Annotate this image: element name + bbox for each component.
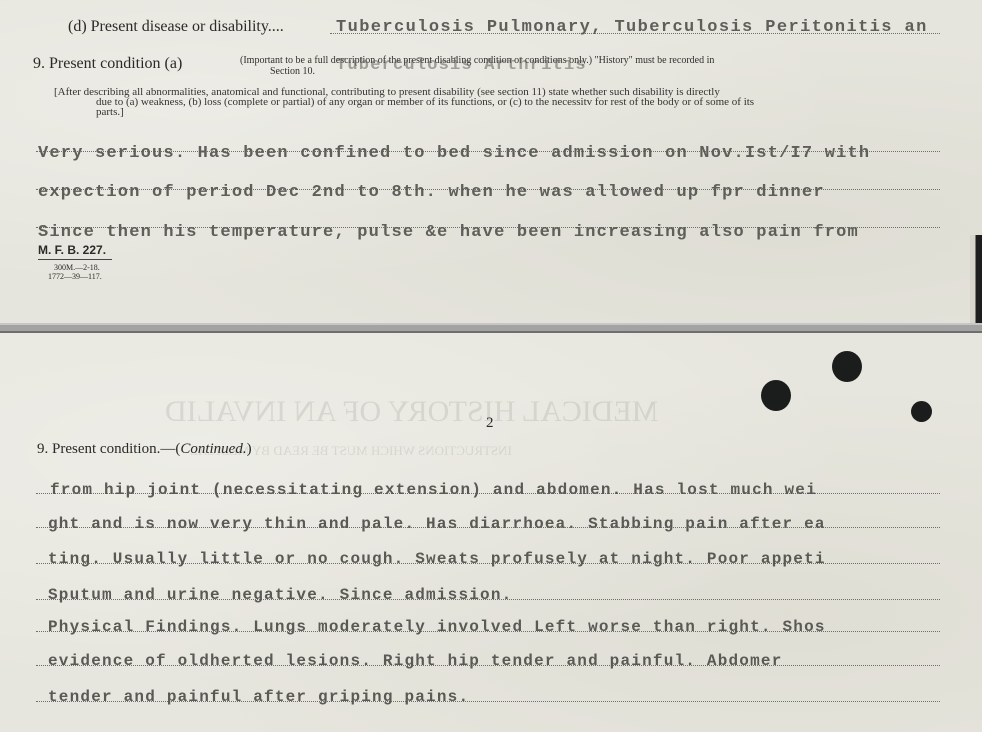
page-number: 2 bbox=[486, 415, 494, 432]
section-heading-end: ) bbox=[247, 441, 252, 457]
instructions-line-2: due to (a) weakness, (b) loss (complete … bbox=[96, 97, 754, 108]
disease-label: (d) Present disease or disability.... bbox=[68, 18, 284, 36]
disease-value-overprint: Tuberculosis Arthritis bbox=[336, 56, 587, 75]
instructions-line-3: parts.] bbox=[96, 107, 124, 118]
section-heading: 9. Present condition.—(Continued.) bbox=[37, 441, 252, 458]
typed-line-7: Sputum and urine negative. Since admissi… bbox=[48, 586, 512, 604]
section-heading-text: 9. Present condition.—( bbox=[37, 441, 180, 457]
typed-line-4: from hip joint (necessitating extension)… bbox=[50, 481, 817, 499]
typed-line-5: ght and is now very thin and pale. Has d… bbox=[48, 515, 826, 533]
typed-line-1: Very serious. Has been confined to bed s… bbox=[38, 144, 870, 163]
form-code: M. F. B. 227. bbox=[38, 243, 112, 260]
document-page-bottom: MEDICAL HISTORY OF AN INVALID INSTRUCTIO… bbox=[0, 333, 982, 732]
section-heading-continued: Continued. bbox=[180, 441, 246, 457]
print-run-line-2: 1772—39—117. bbox=[48, 272, 102, 281]
disease-value: Tuberculosis Pulmonary, Tuberculosis Per… bbox=[336, 18, 928, 37]
typed-line-3: Since then his temperature, pulse &e hav… bbox=[38, 223, 859, 242]
typed-line-6: ting. Usually little or no cough. Sweats… bbox=[48, 550, 826, 568]
condition-label: 9. Present condition (a) bbox=[33, 55, 182, 73]
punch-hole bbox=[911, 401, 932, 422]
typed-line-9: evidence of oldherted lesions. Right hip… bbox=[48, 652, 783, 670]
punch-hole bbox=[832, 351, 862, 382]
punch-hole bbox=[761, 380, 791, 411]
typed-line-8: Physical Findings. Lungs moderately invo… bbox=[48, 618, 826, 636]
scan-page-divider bbox=[0, 323, 982, 333]
condition-note-section: Section 10. bbox=[270, 66, 315, 77]
document-page-top: (d) Present disease or disability.... Tu… bbox=[0, 0, 982, 323]
typed-line-2: expection of period Dec 2nd to 8th. when… bbox=[38, 183, 825, 202]
typed-line-10: tender and painful after griping pains. bbox=[48, 688, 469, 706]
bleed-through-title: MEDICAL HISTORY OF AN INVALID bbox=[165, 395, 658, 429]
print-run-line-1: 300M.—2-18. bbox=[54, 263, 100, 272]
scan-edge-shadow bbox=[970, 235, 982, 323]
